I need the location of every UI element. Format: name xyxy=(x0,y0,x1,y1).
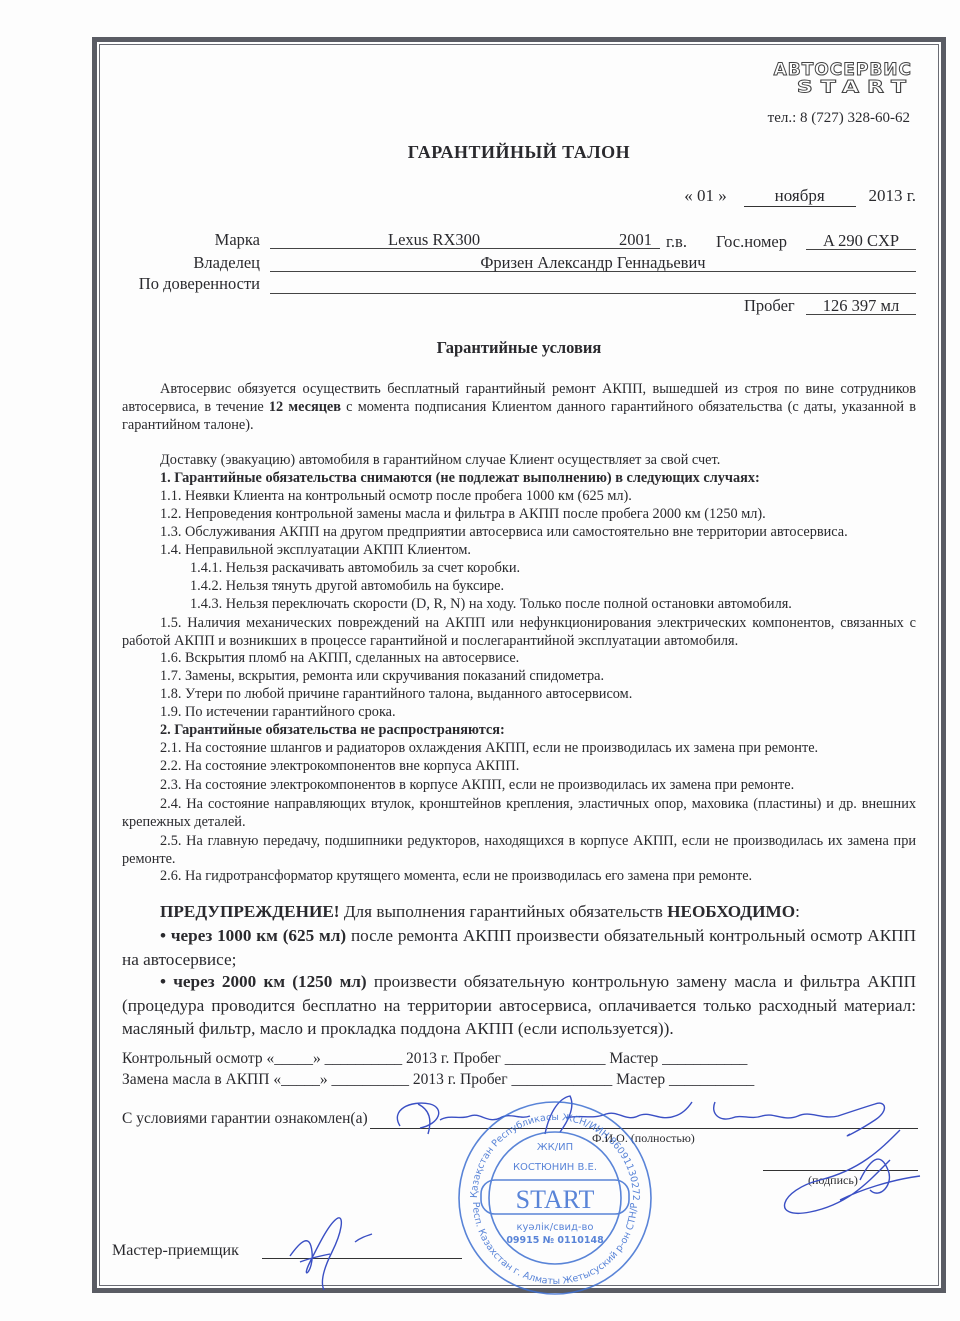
stamp-line1: ЖК/ИП xyxy=(537,1142,573,1153)
signature-caption: (подпись) xyxy=(808,1173,858,1188)
warning-bullet-1: • через 1000 км (625 мл) после ремонта А… xyxy=(122,924,916,971)
logo-autoservice: АВТОСЕРВИС xyxy=(774,60,912,80)
oil-change-row: Замена масла в АКПП «_____» __________ 2… xyxy=(122,1071,754,1089)
make-label: Марка xyxy=(215,230,260,250)
warning-required: НЕОБХОДИМО xyxy=(667,902,795,921)
list-item: 1.8. Утери по любой причине гарантийного… xyxy=(160,686,632,703)
conditions-title: Гарантийные условия xyxy=(0,338,960,358)
list-subitem: 1.4.2. Нельзя тянуть другой автомобиль н… xyxy=(190,578,504,595)
make-field: Lexus RX300 2001 xyxy=(270,231,660,249)
owner-value: Фризен Александр Геннадьевич xyxy=(270,254,916,272)
stamp-line2: КОСТЮНИН В.Е. xyxy=(513,1162,597,1173)
phone-number: тел.: 8 (727) 328-60-62 xyxy=(768,110,910,127)
warning-colon: : xyxy=(795,902,800,921)
receiver-label: Мастер-приемщик xyxy=(112,1242,239,1260)
list-subitem: 1.4.3. Нельзя переключать скорости (D, R… xyxy=(190,596,792,613)
bullet2-bold: • через 2000 км (1250 мл) xyxy=(160,972,367,991)
date-quote-close: » xyxy=(718,186,727,205)
year-value: 2001 xyxy=(619,231,652,249)
list-item: 1.7. Замены, вскрытия, ремонта или скруч… xyxy=(160,668,604,685)
year-suffix: г.в. xyxy=(666,232,687,252)
document-title: ГАРАНТИЙНЫЙ ТАЛОН xyxy=(0,142,960,163)
company-stamp: Қазақстан Республикасы ЖСН/ИИН 860911302… xyxy=(455,1098,655,1298)
owner-label: Владелец xyxy=(193,253,260,273)
list-subitem: 1.4.1. Нельзя раскачивать автомобиль за … xyxy=(190,560,520,577)
receiver-line xyxy=(262,1258,462,1259)
intro-period: 12 месяцев xyxy=(269,399,341,415)
list-item: 1.1. Неявки Клиента на контрольный осмот… xyxy=(160,488,632,505)
section1-title: 1. Гарантийные обязательства снимаются (… xyxy=(160,470,760,487)
stamp-name: START xyxy=(516,1185,595,1214)
plate-value: A 290 CXP xyxy=(806,232,916,250)
warning-bullet-2: • через 2000 км (1250 мл) произвести обя… xyxy=(122,970,916,1041)
list-item: 1.6. Вскрытия пломб на АКПП, сделанных н… xyxy=(160,650,519,667)
plate-label: Гос.номер xyxy=(716,232,787,252)
warning-label: ПРЕДУПРЕЖДЕНИЕ! xyxy=(160,902,340,921)
list-item: 1.5. Наличия механических повреждений на… xyxy=(122,614,916,650)
warning-text: Для выполнения гарантийных обязательств xyxy=(340,902,668,921)
mileage-label: Пробег xyxy=(744,296,795,316)
proxy-value xyxy=(270,276,916,294)
list-item: 2.1. На состояние шлангов и радиаторов о… xyxy=(160,740,818,757)
section2-title: 2. Гарантийные обязательства не распрост… xyxy=(160,722,505,739)
signature-line xyxy=(763,1170,918,1171)
stamp-line4: 09915 № 0110148 xyxy=(506,1235,604,1246)
list-item: 2.5. На главную передачу, подшипники ред… xyxy=(122,832,916,868)
list-item: 2.4. На состояние направляющих втулок, к… xyxy=(122,795,916,831)
list-item: 2.2. На состояние электрокомпонентов вне… xyxy=(160,758,519,775)
list-item: 2.3. На состояние электрокомпонентов в к… xyxy=(160,777,794,794)
date-month: ноября xyxy=(744,186,856,207)
list-item: 1.3. Обслуживания АКПП на другом предпри… xyxy=(160,524,848,541)
list-item: 1.9. По истечении гарантийного срока. xyxy=(160,704,396,721)
date-quote-open: « xyxy=(684,186,693,205)
delivery-text: Доставку (эвакуацию) автомобиля в гарант… xyxy=(160,452,720,469)
warning-heading: ПРЕДУПРЕЖДЕНИЕ! Для выполнения гарантийн… xyxy=(122,900,916,924)
stamp-line3: куәлік/свид-во xyxy=(516,1221,593,1233)
acknowledged-label: С условиями гарантии ознакомлен(а) xyxy=(122,1110,368,1128)
intro-paragraph: Автосервис обязуется осуществить бесплат… xyxy=(122,380,916,435)
logo-start: START xyxy=(797,78,914,97)
list-item: 2.6. На гидротрансформатор крутящего мом… xyxy=(160,868,752,885)
date-year: 2013 г. xyxy=(868,186,916,205)
mileage-value: 126 397 мл xyxy=(806,297,916,315)
bullet1-bold: • через 1000 км (625 мл) xyxy=(160,926,346,945)
make-value: Lexus RX300 xyxy=(388,231,480,249)
list-item: 1.2. Непроведения контрольной замены мас… xyxy=(160,506,766,523)
list-item: 1.4. Неправильной эксплуатации АКПП Клие… xyxy=(160,542,471,559)
issue-date: « 01 » ноября 2013 г. xyxy=(684,186,916,207)
date-day: 01 xyxy=(697,186,714,205)
control-inspection-row: Контрольный осмотр «_____» __________ 20… xyxy=(122,1050,747,1068)
proxy-label: По доверенности xyxy=(139,274,260,294)
